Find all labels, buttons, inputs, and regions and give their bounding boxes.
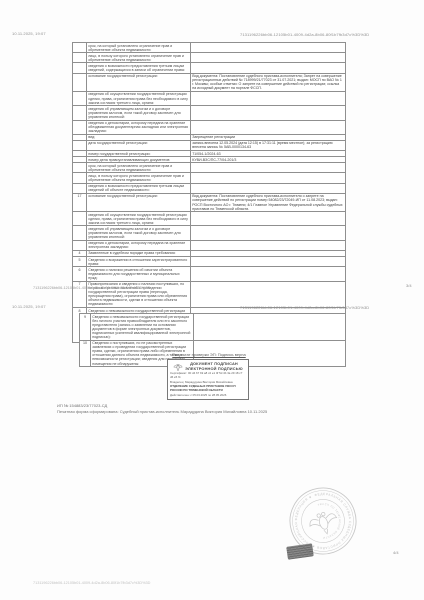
row-value-cell bbox=[191, 212, 346, 226]
row-num-cell bbox=[73, 120, 87, 134]
row-num-cell bbox=[73, 53, 87, 63]
row-value-cell bbox=[191, 281, 346, 308]
row-num-cell bbox=[73, 226, 87, 240]
table-row: 7Правопритязания и сведения о наличии по… bbox=[73, 281, 346, 308]
table-row: 17основание государственной регистрации:… bbox=[73, 193, 346, 211]
row-label-cell: лицо, в пользу которого установлено огра… bbox=[87, 173, 191, 183]
row-value-cell bbox=[194, 314, 346, 341]
table-row: сведения о возможности предоставления тр… bbox=[73, 183, 346, 193]
row-num-cell: 17 bbox=[73, 193, 87, 211]
row-label-cell: сведения о депозитарии, которому передан… bbox=[87, 240, 191, 250]
table-row: сведения о депозитарии, которому передан… bbox=[73, 120, 346, 134]
ink-stamp-fragment bbox=[286, 543, 314, 559]
table-row: 6Сведения о наличии решения об изъятии о… bbox=[73, 267, 346, 281]
row-value-cell: Вид документа: Постановление судебного п… bbox=[191, 73, 346, 91]
page4-header-datetime: 10.11.2025, 19:07 bbox=[12, 304, 46, 309]
row-value-cell bbox=[191, 226, 346, 240]
row-label-cell: сведения о возможности предоставления тр… bbox=[87, 183, 191, 193]
row-value-cell bbox=[191, 91, 346, 105]
row-label-cell: срок, на который установлено ограничение… bbox=[87, 43, 191, 53]
table-row: сведения о депозитарии, которому передан… bbox=[73, 240, 346, 250]
signature-verification-label: Результат проверки ЭП: Подпись верна bbox=[163, 352, 255, 357]
row-label-cell: Правопритязания и сведения о наличии пос… bbox=[87, 281, 191, 308]
print-form-line: Печатная форма сформирована: Судебный пр… bbox=[57, 409, 267, 414]
esign-cert-line: Сертификат: 00 d4 67 b9 a8 c2 e1 0f 5d 4… bbox=[170, 372, 246, 380]
table-row: основание государственной регистрации:Ви… bbox=[73, 73, 346, 91]
table-row: 5Сведения о возражении в отношении зарег… bbox=[73, 257, 346, 267]
page3-page-number: 3/4 bbox=[406, 283, 412, 288]
esign-cert-lines: Сертификат: 00 d4 67 b9 a8 c2 e1 0f 5d 4… bbox=[170, 372, 246, 398]
row-value-cell bbox=[191, 240, 346, 250]
row-num-cell bbox=[73, 73, 87, 91]
row-value-cell bbox=[191, 163, 346, 173]
table-row: сведения об управляющем залогом и о дого… bbox=[73, 106, 346, 120]
row-num-cell bbox=[73, 163, 87, 173]
row-num-cell: 7 bbox=[73, 281, 87, 308]
row-value-cell bbox=[191, 53, 346, 63]
row-num-cell bbox=[73, 212, 87, 226]
table-row: срок, на который установлено ограничение… bbox=[73, 43, 346, 53]
page3-header-docid: 7131196226bb06-12105b01-4009-4d2a-8b06-8… bbox=[240, 32, 369, 37]
table-row: сведения об осуществлении государственно… bbox=[73, 212, 346, 226]
page3-header-datetime: 10.11.2025, 19:07 bbox=[12, 31, 46, 36]
row-label-cell: сведения об осуществлении государственно… bbox=[87, 91, 191, 105]
row-num-cell bbox=[73, 140, 87, 150]
row-label-cell: сведения о депозитарии, которому передан… bbox=[87, 120, 191, 134]
table-row: 9Сведения о невозможности государственно… bbox=[80, 314, 346, 341]
row-label-cell: сведения об управляющем залогом и о дого… bbox=[87, 226, 191, 240]
row-label-cell: Сведения о наличии решения об изъятии об… bbox=[87, 267, 191, 281]
row-label-cell: лицо, в пользу которого установлено огра… bbox=[87, 53, 191, 63]
page4-footer-docid: 7131196226bb06-12105b01-4009-4d2a-8b06-8… bbox=[33, 581, 150, 585]
row-value-cell bbox=[191, 183, 346, 193]
row-label-cell: Сведения о возражении в отношении зареги… bbox=[87, 257, 191, 267]
row-num-cell: 9 bbox=[80, 314, 91, 341]
row-num-cell bbox=[73, 173, 87, 183]
row-value-cell bbox=[191, 43, 346, 53]
row-label-cell: сведения об осуществлении государственно… bbox=[87, 212, 191, 226]
row-value-cell bbox=[191, 267, 346, 281]
row-value-cell bbox=[191, 173, 346, 183]
page4-header-docid: 7131196226bb06-12105b01-4009-4d2a-8b06-8… bbox=[240, 305, 369, 310]
esign-cert-line: Действителен: с 05.03.2025 по 28.05.2026 bbox=[170, 394, 246, 398]
row-label-cell: сведения об управляющем залогом и о дого… bbox=[87, 106, 191, 120]
table-row: сведения об управляющем залогом и о дого… bbox=[73, 226, 346, 240]
row-num-cell bbox=[73, 91, 87, 105]
table-row: дата государственной регистрации:запись … bbox=[73, 140, 346, 150]
row-label-cell: основание государственной регистрации: bbox=[87, 193, 191, 211]
page3-footer-docid: 7131196226bb06-12105b01-4009-4d2a-8b06-8… bbox=[33, 286, 150, 290]
eagle-emblem-icon bbox=[173, 362, 183, 372]
row-num-cell: 5 bbox=[73, 257, 87, 267]
page4-page-number: 4/4 bbox=[393, 550, 399, 555]
row-value-cell: Вид документа: Постановление судебного п… bbox=[191, 193, 346, 211]
page3-registry-table: срок, на который установлено ограничение… bbox=[72, 42, 346, 343]
row-num-cell: 10 bbox=[80, 340, 91, 367]
enforcement-case-number: ИП № 154883/23/77023-СД bbox=[57, 403, 107, 408]
row-label-cell: сведения о возможности предоставления тр… bbox=[87, 63, 191, 73]
row-value-cell bbox=[191, 257, 346, 267]
table-row: сведения о возможности предоставления тр… bbox=[73, 63, 346, 73]
row-label-cell: Сведения о невозможности государственной… bbox=[91, 314, 194, 341]
table-row: сведения об осуществлении государственно… bbox=[73, 91, 346, 105]
row-value-cell bbox=[191, 63, 346, 73]
table-row: лицо, в пользу которого установлено огра… bbox=[73, 173, 346, 183]
row-num-cell bbox=[73, 240, 87, 250]
row-value-cell bbox=[191, 120, 346, 134]
row-num-cell bbox=[73, 63, 87, 73]
row-value-cell: запись внесена 12.05.2024 (дата 12:15) в… bbox=[191, 140, 346, 150]
row-label-cell: дата государственной регистрации: bbox=[87, 140, 191, 150]
table-row: срок, на который установлено ограничение… bbox=[73, 163, 346, 173]
row-value-cell bbox=[191, 106, 346, 120]
esign-stamp-box: ДОКУМЕНТ ПОДПИСАН ЭЛЕКТРОННОЙ ПОДПИСЬЮ С… bbox=[167, 359, 249, 400]
row-num-cell bbox=[73, 106, 87, 120]
row-label-cell: срок, на который установлено ограничение… bbox=[87, 163, 191, 173]
row-num-cell bbox=[73, 43, 87, 53]
row-num-cell: 6 bbox=[73, 267, 87, 281]
row-num-cell bbox=[73, 183, 87, 193]
table-row: лицо, в пользу которого установлено огра… bbox=[73, 53, 346, 63]
row-label-cell: основание государственной регистрации: bbox=[87, 73, 191, 91]
